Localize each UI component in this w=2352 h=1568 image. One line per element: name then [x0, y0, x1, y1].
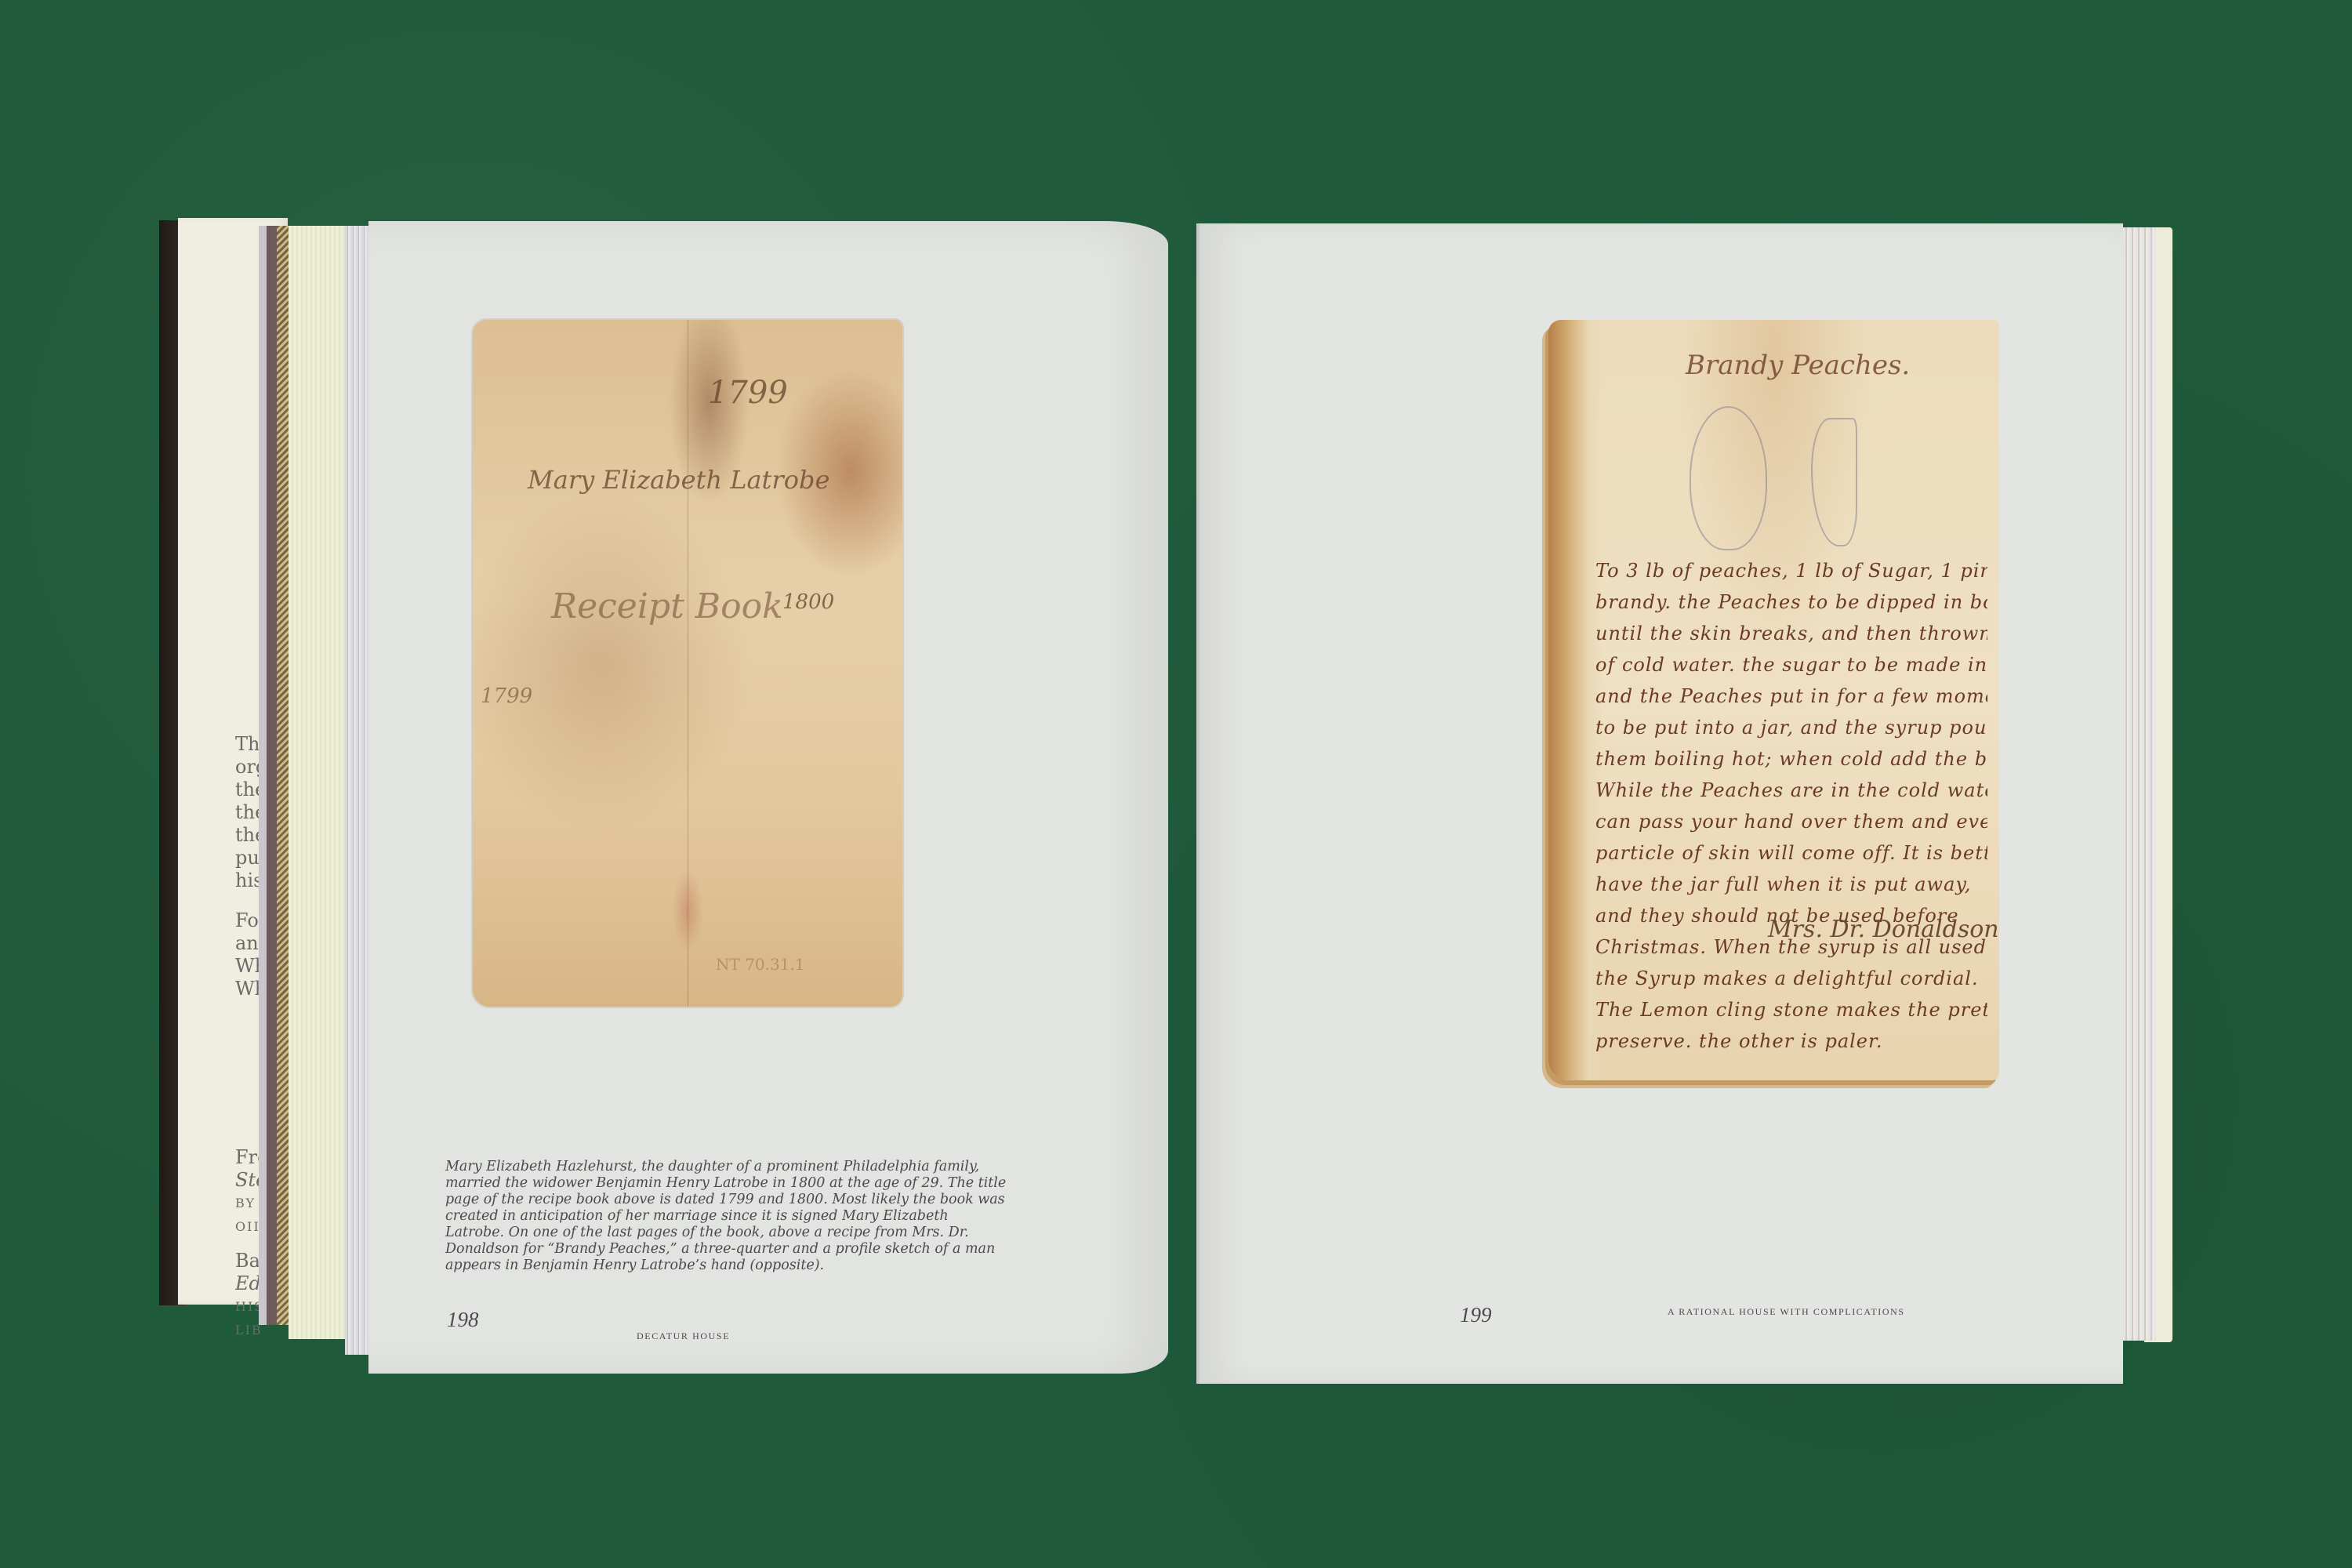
recipe-line: particle of skin will come off. It is be… — [1595, 837, 1987, 869]
headband-striped — [277, 226, 289, 1325]
manuscript-title-page-image: 1799 Mary Elizabeth Latrobe Receipt Book… — [473, 320, 902, 1007]
page-number-left: 198 — [447, 1308, 479, 1332]
page-number-right: 199 — [1460, 1303, 1492, 1327]
handwritten-year: 1799 — [708, 375, 788, 411]
recipe-line: them boiling hot; when cold add the bran… — [1595, 743, 1987, 775]
sketch-three-quarter-face — [1690, 406, 1767, 550]
running-head-left: DECATUR HOUSE — [637, 1330, 730, 1342]
recipe-line: preserve. the other is paler. — [1595, 1025, 1987, 1057]
paper-crease — [688, 320, 688, 1007]
recipe-line: The Lemon cling stone makes the pretties… — [1595, 994, 1987, 1025]
recipe-text: To 3 lb of peaches, 1 lb of Sugar, 1 pin… — [1595, 555, 1987, 1057]
accession-number: NT 70.31.1 — [716, 955, 805, 974]
handwritten-year-1800: 1800 — [782, 590, 834, 614]
recipe-line: until the skin breaks, and then thrown i… — [1595, 618, 1987, 649]
recipe-title: Brandy Peaches. — [1686, 350, 1910, 381]
page-stack-left — [289, 226, 351, 1339]
recipe-line: can pass your hand over them and every — [1595, 806, 1987, 837]
recipe-line: While the Peaches are in the cold water,… — [1595, 775, 1987, 806]
recipe-line: have the jar full when it is put away, — [1595, 869, 1987, 900]
recipe-line: of cold water. the sugar to be made into… — [1595, 649, 1987, 681]
handwritten-year-1799: 1799 — [481, 684, 532, 708]
running-head-right: A RATIONAL HOUSE WITH COMPLICATIONS — [1668, 1306, 1905, 1318]
headband-brown — [267, 226, 278, 1325]
page-stack-left-inner — [345, 226, 368, 1355]
recipe-signature: Mrs. Dr. Donaldson — [1768, 916, 1999, 943]
recipe-line: to be put into a jar, and the syrup pour… — [1595, 712, 1987, 743]
recipe-line: and the Peaches put in for a few moments… — [1595, 681, 1987, 712]
recipe-line: To 3 lb of peaches, 1 lb of Sugar, 1 pin… — [1595, 555, 1987, 586]
book-gutter — [1196, 223, 1200, 1384]
recipe-line: brandy. the Peaches to be dipped in boil… — [1595, 586, 1987, 618]
sketch-profile-face — [1811, 418, 1857, 546]
handwritten-title: Receipt Book — [551, 586, 783, 626]
figure-caption: Mary Elizabeth Hazlehurst, the daughter … — [445, 1159, 1010, 1274]
manuscript-recipe-page-image: Brandy Peaches. To 3 lb of peaches, 1 lb… — [1548, 320, 1999, 1080]
recipe-line: the Syrup makes a delightful cordial. — [1595, 963, 1987, 994]
handwritten-name: Mary Elizabeth Latrobe — [528, 465, 829, 495]
